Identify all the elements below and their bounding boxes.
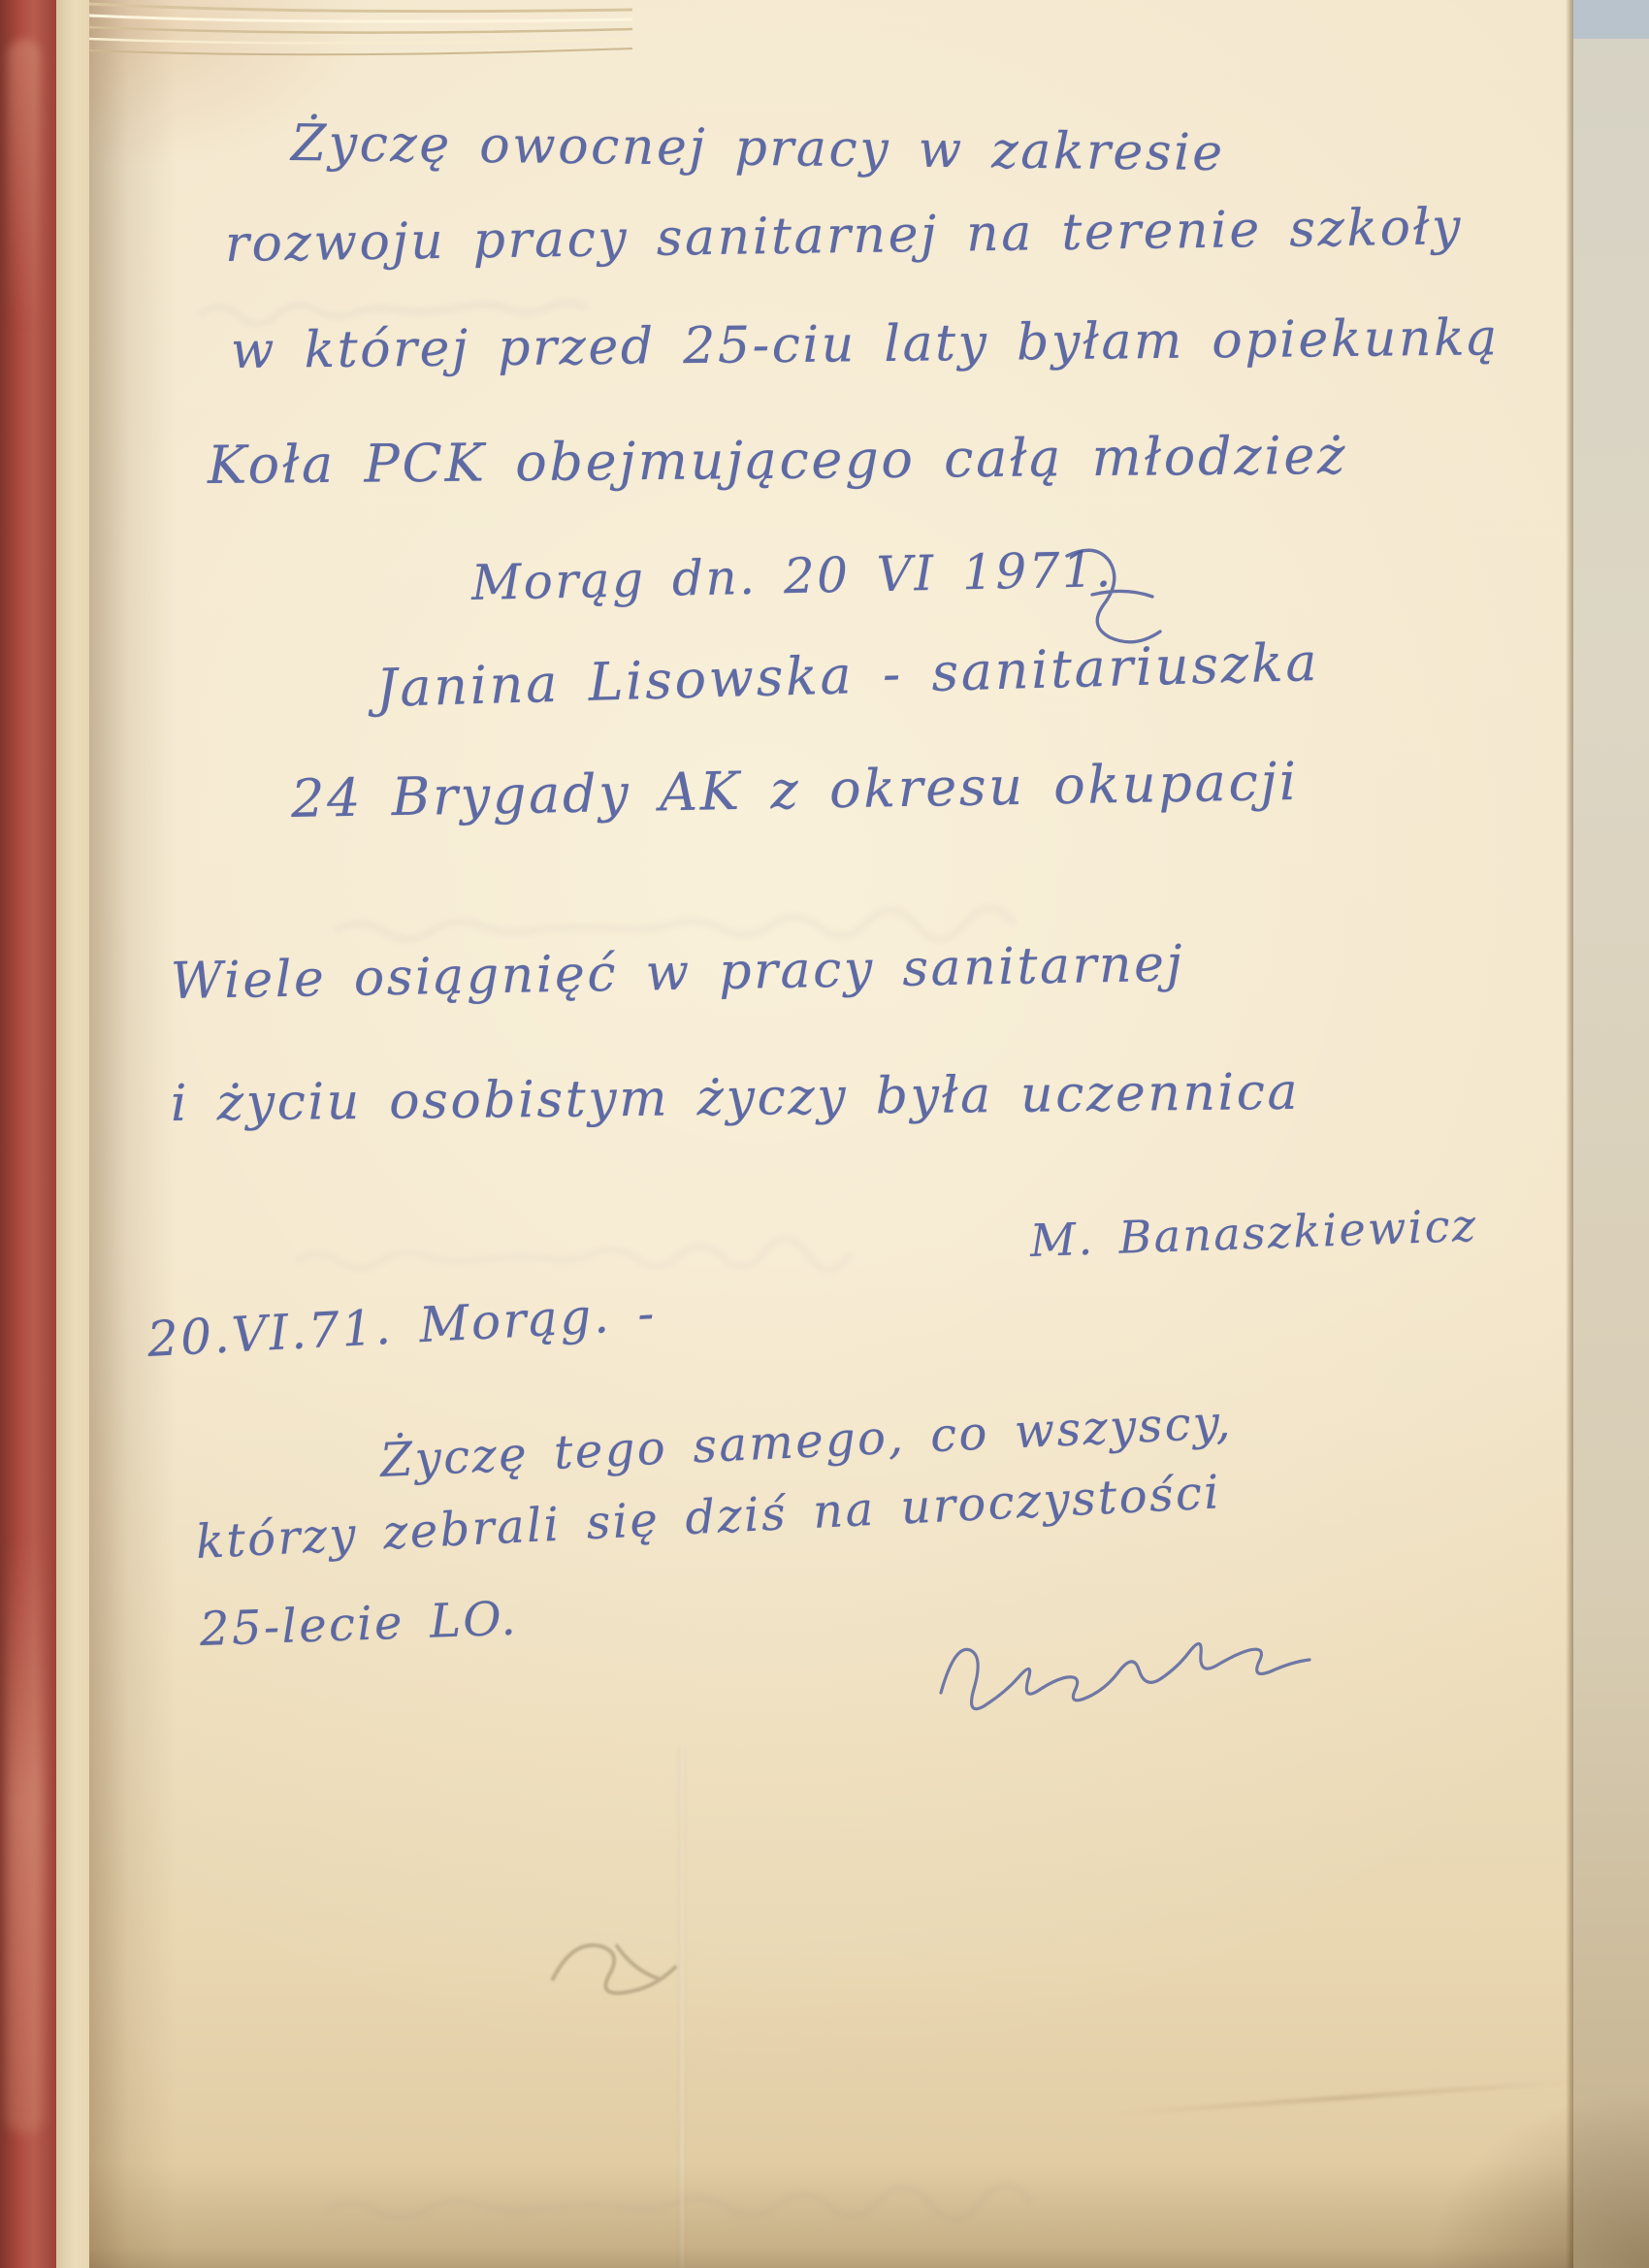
cover-wear-mark: [8, 39, 41, 330]
pencil-mark: [524, 1901, 718, 2018]
ink-showthrough-ghost: [291, 1232, 892, 1290]
adjacent-page-edge: [1573, 0, 1649, 2268]
cover-wear-mark: [6, 1533, 45, 2134]
stacked-page-edges: [89, 0, 632, 68]
bottom-shadow: [89, 2163, 1573, 2268]
book-cover-spine: [0, 0, 56, 2268]
page-block-edge: [56, 0, 89, 2268]
handwritten-line: Koła PCK obejmującego całą młodzież: [208, 425, 1348, 496]
signature-scribble: [912, 1605, 1436, 1741]
adjacent-cover-corner: [1573, 0, 1649, 39]
scanned-guestbook-page: Życzę owocnej pracy w zakresie rozwoju p…: [0, 0, 1649, 2268]
handwritten-line: Życzę owocnej pracy w zakresie: [291, 114, 1225, 182]
corner-shadow: [1387, 2057, 1649, 2268]
gutter-shadow: [89, 0, 177, 2268]
handwritten-line: 25-lecie LO.: [199, 1592, 519, 1657]
handwritten-line: i życiu osobistym życzy była uczennica: [171, 1063, 1301, 1133]
